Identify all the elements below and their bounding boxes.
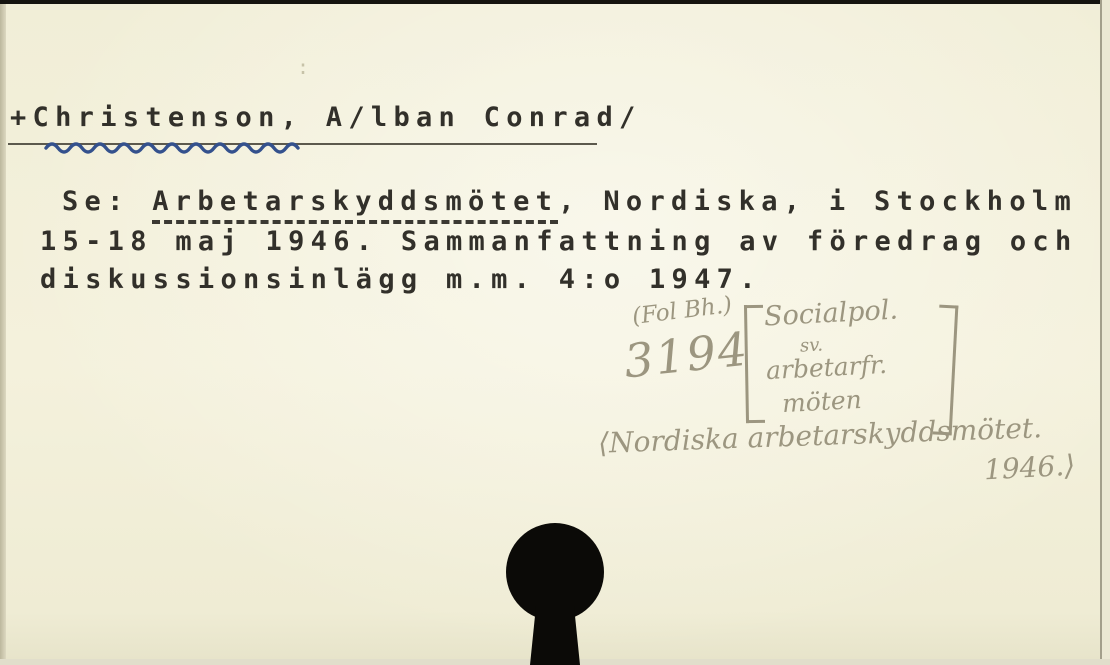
keyhole-punch-hole <box>0 0 1110 665</box>
catalog-card: : +Christenson, A/lban Conrad/ Se: Arbet… <box>0 0 1110 665</box>
